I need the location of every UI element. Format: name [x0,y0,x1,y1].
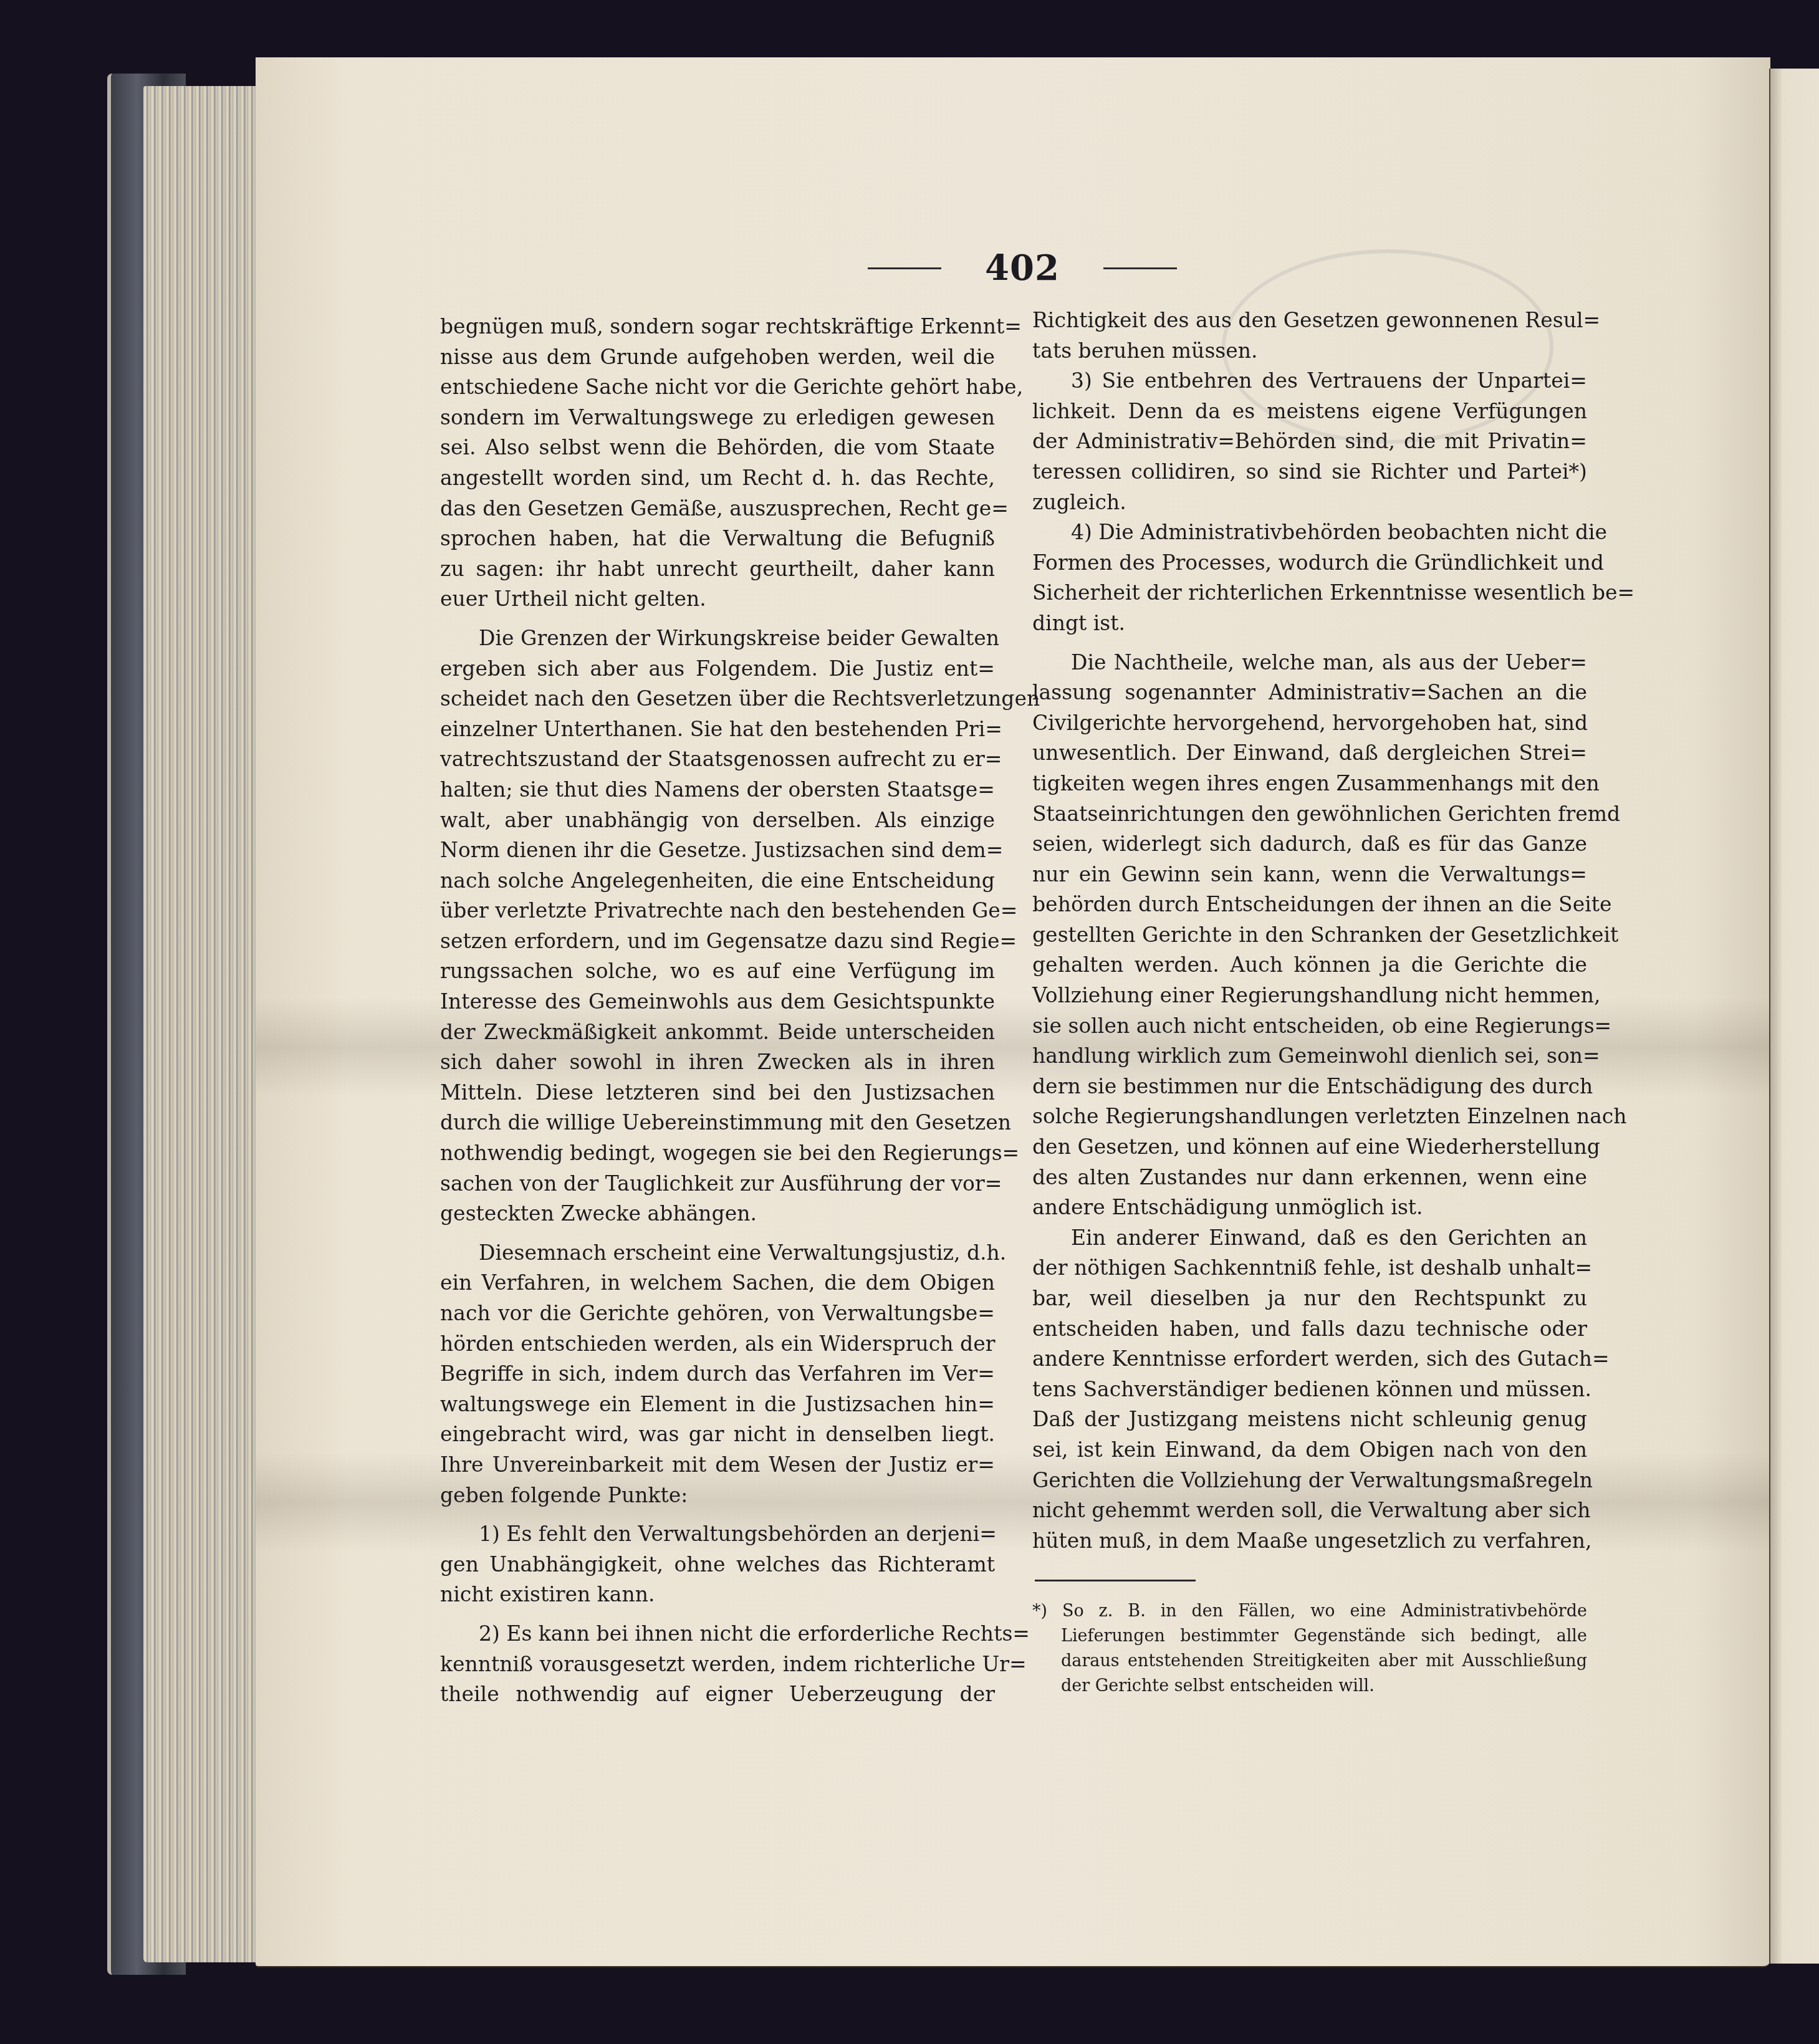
text-line: Staatseinrichtungen den gewöhnlichen Ger… [1032,799,1587,830]
text-line: über verletzte Privatrechte nach den bes… [440,896,995,926]
paragraph: Ein anderer Einwand, daß es den Gerichte… [1032,1223,1587,1557]
text-line: andere Entschädigung unmöglich ist. [1032,1192,1587,1223]
text-line: seien, widerlegt sich dadurch, daß es fü… [1032,829,1587,860]
text-line: des alten Zustandes nur dann erkennen, w… [1032,1163,1587,1193]
text-line: begnügen muß, sondern sogar rechtskräfti… [440,312,995,342]
text-line: sachen von der Tauglichkeit zur Ausführu… [440,1169,995,1199]
left-column: begnügen muß, sondern sogar rechtskräfti… [440,312,995,1710]
text-line: nur ein Gewinn sein kann, wenn die Verwa… [1032,860,1587,890]
text-line: kenntniß vorausgesetzt werden, indem ric… [440,1649,995,1680]
paragraph: Diesemnach erscheint eine Verwaltungsjus… [440,1238,995,1510]
paragraph: Die Nachtheile, welche man, als aus der … [1032,648,1587,1223]
text-line: nothwendig bedingt, wogegen sie bei den … [440,1138,995,1169]
text-line: Ein anderer Einwand, daß es den Gerichte… [1032,1223,1587,1254]
text-line: hüten muß, in dem Maaße ungesetzlich zu … [1032,1526,1587,1557]
text-line: Mitteln. Diese letzteren sind bei den Ju… [440,1078,995,1108]
text-line: gehalten werden. Auch können ja die Geri… [1032,950,1587,981]
text-line: sprochen haben, hat die Verwaltung die B… [440,524,995,554]
text-line: Richtigkeit des aus den Gesetzen gewonne… [1032,305,1587,336]
text-line: nicht existiren kann. [440,1580,995,1610]
footnote-line: der Gerichte selbst entscheiden will. [1032,1674,1587,1699]
text-line: das den Gesetzen Gemäße, auszusprechen, … [440,494,995,524]
text-line: handlung wirklich zum Gemeinwohl dienlic… [1032,1041,1587,1072]
text-line: 4) Die Administrativbehörden beobachten … [1032,517,1587,548]
text-line: scheidet nach den Gesetzen über die Rech… [440,684,995,714]
text-line: gen Unabhängigkeit, ohne welches das Ric… [440,1550,995,1580]
page-stack-edge [143,86,256,1962]
text-line: Norm dienen ihr die Gesetze. Justizsache… [440,835,995,866]
text-line: sondern im Verwaltungswege zu erledigen … [440,403,995,433]
text-line: nicht gehemmt werden soll, die Verwaltun… [1032,1495,1587,1526]
text-line: tens Sachverständiger bedienen können un… [1032,1375,1587,1405]
text-line: hörden entschieden werden, als ein Wider… [440,1329,995,1360]
footnote-line: daraus entstehenden Streitigkeiten aber … [1032,1649,1587,1674]
text-line: 1) Es fehlt den Verwaltungsbehörden an d… [440,1519,995,1550]
text-line: entscheiden haben, und falls dazu techni… [1032,1314,1587,1345]
page-number: 402 [985,251,1060,285]
text-line: 2) Es kann bei ihnen nicht die erforderl… [440,1619,995,1649]
text-line: euer Urtheil nicht gelten. [440,584,995,615]
text-line: sei, ist kein Einwand, da dem Obigen nac… [1032,1435,1587,1466]
text-line: Diesemnach erscheint eine Verwaltungsjus… [440,1238,995,1269]
text-line: den Gesetzen, und können auf eine Wieder… [1032,1132,1587,1163]
text-line: nach vor die Gerichte gehören, von Verwa… [440,1298,995,1329]
text-line: gestellten Gerichte in den Schranken der… [1032,920,1587,951]
text-line: sei. Also selbst wenn die Behörden, die … [440,433,995,463]
text-line: ergeben sich aber aus Folgendem. Die Jus… [440,654,995,684]
text-line: rungssachen solche, wo es auf eine Verfü… [440,956,995,987]
text-line: sich daher sowohl in ihren Zwecken als i… [440,1047,995,1078]
text-line: walt, aber unabhängig von derselben. Als… [440,805,995,836]
text-line: zugleich. [1032,487,1587,518]
footnote-line: Lieferungen bestimmter Gegenstände sich … [1032,1624,1587,1649]
text-line: einzelner Unterthanen. Sie hat den beste… [440,714,995,745]
page-header: 402 [860,249,1184,287]
text-line: Interesse des Gemeinwohls aus dem Gesich… [440,987,995,1017]
paragraph: Richtigkeit des aus den Gesetzen gewonne… [1032,305,1587,366]
header-rule-right [1103,267,1177,269]
text-line: Formen des Processes, wodurch die Gründl… [1032,548,1587,578]
text-line: dingt ist. [1032,608,1587,639]
text-line: behörden durch Entscheidungen der ihnen … [1032,890,1587,920]
footnote-marker: *) [1032,1601,1047,1621]
text-line: durch die willige Uebereinstimmung mit d… [440,1108,995,1138]
text-line: solche Regierungshandlungen verletzten E… [1032,1101,1587,1132]
text-line: tigkeiten wegen ihres engen Zusammenhang… [1032,769,1587,799]
header-rule-left [868,267,941,269]
text-line: setzen erfordern, und im Gegensatze dazu… [440,926,995,957]
footnote-rule [1035,1580,1196,1581]
text-line: ein Verfahren, in welchem Sachen, die de… [440,1268,995,1298]
text-line: sie sollen auch nicht entscheiden, ob ei… [1032,1011,1587,1042]
text-line: Vollziehung einer Regierungshandlung nic… [1032,981,1587,1011]
text-line: theile nothwendig auf eigner Ueberzeugun… [440,1679,995,1710]
text-line: unwesentlich. Der Einwand, daß dergleich… [1032,738,1587,769]
text-line: teressen collidiren, so sind sie Richter… [1032,457,1587,487]
text-line: zu sagen: ihr habt unrecht geurtheilt, d… [440,554,995,585]
paragraph: begnügen muß, sondern sogar rechtskräfti… [440,312,995,615]
text-line: Begriffe in sich, indem durch das Verfah… [440,1359,995,1389]
text-line: nisse aus dem Grunde aufgehoben werden, … [440,342,995,373]
text-line: Sicherheit der richterlichen Erkenntniss… [1032,578,1587,608]
text-line: Civilgerichte hervorgehend, hervorgehobe… [1032,708,1587,739]
text-line: vatrechtszustand der Staatsgenossen aufr… [440,744,995,775]
numbered-point-4: 4) Die Administrativbehörden beobachten … [1032,517,1587,638]
text-line: Daß der Justizgang meistens nicht schleu… [1032,1404,1587,1435]
text-line: 3) Sie entbehren des Vertrauens der Unpa… [1032,366,1587,396]
text-line: andere Kenntnisse erfordert werden, sich… [1032,1344,1587,1375]
text-line: tats beruhen müssen. [1032,336,1587,367]
numbered-point-1: 1) Es fehlt den Verwaltungsbehörden an d… [440,1519,995,1610]
footnote: *) So z. B. in den Fällen, wo eine Admin… [1032,1599,1587,1699]
text-line: Die Nachtheile, welche man, als aus der … [1032,648,1587,678]
text-line: der Administrativ=Behörden sind, die mit… [1032,426,1587,457]
facing-page-edge [1769,69,1819,1964]
text-line: nach solche Angelegenheiten, die eine En… [440,866,995,896]
text-line: angestellt worden sind, um Recht d. h. d… [440,463,995,494]
footnote-line: *) So z. B. in den Fällen, wo eine Admin… [1032,1599,1587,1624]
text-line: Ihre Unvereinbarkeit mit dem Wesen der J… [440,1450,995,1480]
text-line: halten; sie thut dies Namens der oberste… [440,775,995,805]
numbered-point-2: 2) Es kann bei ihnen nicht die erforderl… [440,1619,995,1710]
text-line: bar, weil dieselben ja nur den Rechtspun… [1032,1283,1587,1314]
paragraph: Die Grenzen der Wirkungskreise beider Ge… [440,623,995,1229]
text-line: Gerichten die Vollziehung der Verwaltung… [1032,1466,1587,1496]
text-line: gesteckten Zwecke abhängen. [440,1199,995,1229]
text-line: lassung sogenannter Administrativ=Sachen… [1032,678,1587,708]
text-line: geben folgende Punkte: [440,1480,995,1511]
numbered-point-3: 3) Sie entbehren des Vertrauens der Unpa… [1032,366,1587,517]
text-line: waltungswege ein Element in die Justizsa… [440,1389,995,1420]
text-line: entschiedene Sache nicht vor die Gericht… [440,372,995,403]
text-line: der nöthigen Sachkenntniß fehle, ist des… [1032,1253,1587,1283]
text-line: der Zweckmäßigkeit ankommt. Beide unters… [440,1017,995,1048]
text-line: dern sie bestimmen nur die Entschädigung… [1032,1072,1587,1102]
text-line: lichkeit. Denn da es meistens eigene Ver… [1032,396,1587,427]
text-line: Die Grenzen der Wirkungskreise beider Ge… [440,623,995,654]
right-column: Richtigkeit des aus den Gesetzen gewonne… [1032,305,1587,1699]
text-line: eingebracht wird, was gar nicht in dense… [440,1419,995,1450]
